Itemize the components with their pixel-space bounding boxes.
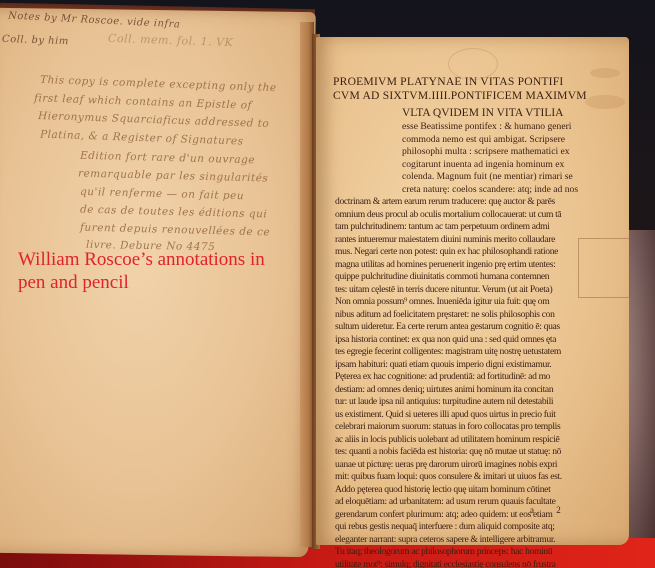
signature-mark: a 2 [530,505,571,515]
text-line: Tu itaq; theologorum ac philosophorum pr… [335,546,615,559]
text-line: celebrari maiorum suorum: statuas in for… [335,421,615,434]
text-line: utilitate mot⁹: simulq; dignitati eccles… [335,559,615,568]
text-line: ipsa historia continet: ex qua non quid … [335,334,615,347]
text-line: tes egregie fecerint colligentes: magist… [335,346,615,359]
text-line: uanae ut picturę: ueras prę darorum uiro… [335,459,615,472]
text-line: ipsam habituri: quati etiam quouis imper… [335,359,615,372]
text-line: tes: uitam cęlestē in terris ducere nitu… [335,284,615,297]
text-block: doctrinam & artem earum rerum traducere:… [335,196,615,568]
text-line: philosophi multa : scripsere mathematici… [402,146,570,159]
text-line: quippe pulchritudine diuinitatis commoti… [335,271,615,284]
image-caption: William Roscoe’s annotations in pen and … [18,248,308,294]
text-line: mit: quibus fuam loqui: quos consulere &… [335,471,615,484]
text-line: tur: ut laude ipsa nil antiquius: turpit… [335,396,615,409]
text-line: tam pulchritudinem: tantum ac tam perpet… [335,221,615,234]
book-photograph: Notes by Mr Roscoe. vide infra Coll. by … [0,0,655,568]
text-line: Non omnia possum⁹ omnes. Inueniēda igitu… [335,296,615,309]
heading-line: PROEMIVM PLATYNAE IN VITAS PONTIFI [333,75,587,89]
text-line: creta naturę: coelos scandere: atq; inde… [402,184,578,197]
paper-stain [585,95,625,109]
text-line: colenda. Magnum fuit (ne mentiar) rimari… [402,171,573,184]
printed-heading: PROEMIVM PLATYNAE IN VITAS PONTIFI CVM A… [333,75,587,103]
caption-line-1: William Roscoe’s annotations in [18,248,308,271]
text-line: omnium deus procul ab oculis mortalium c… [335,209,615,222]
text-line: doctrinam & artem earum rerum traducere:… [335,196,615,209]
incipit-line: VLTA QVIDEM IN VITA VTILIA [402,107,564,120]
text-line: esse Beatissime pontifex : & humano gene… [402,121,571,134]
text-line: tes: quanti a nobis faciēda est historia… [335,446,615,459]
caption-line-2: pen and pencil [18,271,308,294]
text-line: us existiment. Quid si ueteres illi apud… [335,409,615,422]
text-line: gerendarum confert plurimum: atq; adeo q… [335,509,615,522]
text-line: rantes intueremur maiestatem diuini numi… [335,234,615,247]
text-line: qui rebus gestis nequaq̄ interfuere : du… [335,521,615,534]
text-line: destiam: ad omnes deniq; uirtutes animi … [335,384,615,397]
text-line: eleganter narrant: supra ceteros sapere … [335,534,615,547]
text-line: mus. Negari certe non potest: quin ex ha… [335,246,615,259]
text-line: sultum uideretur. Ea certe rerum antea g… [335,321,615,334]
text-line: ac aliis in locis publicis uolebant ad u… [335,434,615,447]
text-line: magna utilitas ad homines peruenerit ing… [335,259,615,272]
heading-line: CVM AD SIXTVM.IIII.PONTIFICEM MAXIMVM [333,89,587,103]
text-line: Pęterea ex hac cognitione: ad prudentiā:… [335,371,615,384]
text-line: cogitarunt inuenta ad ingenia hominum ex [402,159,564,172]
text-line: commoda nemo est qui ambigat. Scripsere [402,134,565,147]
handwritten-note: Coll. by him [2,34,69,47]
text-line: Addo pęterea quod historię lectio quę ui… [335,484,615,497]
text-line: ad eloquētiam: ad urbanitatem: ad usum r… [335,496,615,509]
text-line: nibus aditum ad foelicitatem pręstaret: … [335,309,615,322]
paper-stain [590,68,620,78]
